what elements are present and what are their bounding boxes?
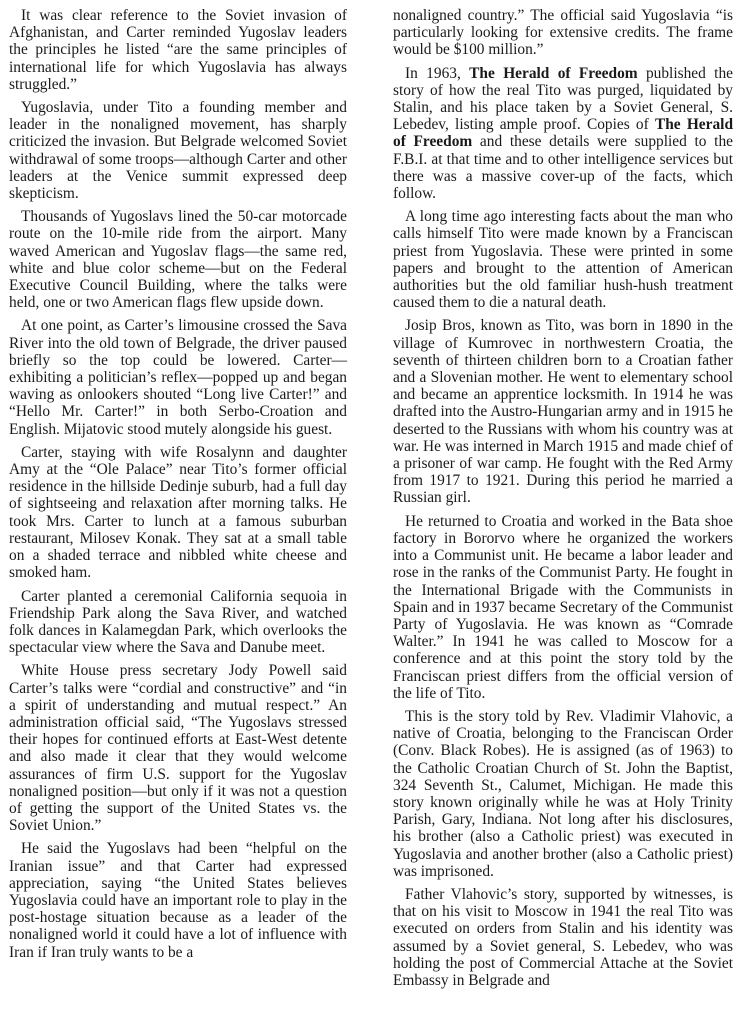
paragraph-moscow-execution: Father Vlahovic’s story, supported by wi… bbox=[393, 886, 733, 989]
paragraph-iranian-issue: He said the Yugoslavs had been “helpful … bbox=[9, 840, 347, 960]
paragraph-jody-powell: White House press secretary Jody Powell … bbox=[9, 662, 347, 834]
paragraph-motorcade: Thousands of Yugoslavs lined the 50-car … bbox=[9, 208, 347, 311]
publication-name: The Herald of Freedom bbox=[469, 65, 637, 82]
paragraph-josip-bros: Josip Bros, known as Tito, was born in 1… bbox=[393, 317, 733, 506]
right-column: nonaligned country.” The official said Y… bbox=[393, 7, 733, 995]
left-column: It was clear reference to the Soviet inv… bbox=[9, 7, 347, 967]
paragraph-carter-stay: Carter, staying with wife Rosalynn and d… bbox=[9, 444, 347, 582]
paragraph-vlahovic-story: This is the story told by Rev. Vladimir … bbox=[393, 708, 733, 880]
paragraph-yugoslavia-nonaligned: Yugoslavia, under Tito a founding member… bbox=[9, 99, 347, 202]
paragraph-afghanistan-reference: It was clear reference to the Soviet inv… bbox=[9, 7, 347, 93]
paragraph-text: In 1963, bbox=[405, 65, 469, 82]
paragraph-bata-factory: He returned to Croatia and worked in the… bbox=[393, 513, 733, 702]
paragraph-sequoia: Carter planted a ceremonial California s… bbox=[9, 588, 347, 657]
paragraph-limousine: At one point, as Carter’s limousine cros… bbox=[9, 317, 347, 437]
paragraph-franciscan-facts: A long time ago interesting facts about … bbox=[393, 208, 733, 311]
paragraph-herald-of-freedom: In 1963, The Herald of Freedom published… bbox=[393, 65, 733, 203]
document-page: It was clear reference to the Soviet inv… bbox=[0, 0, 740, 1023]
paragraph-credits-continuation: nonaligned country.” The official said Y… bbox=[393, 7, 733, 59]
